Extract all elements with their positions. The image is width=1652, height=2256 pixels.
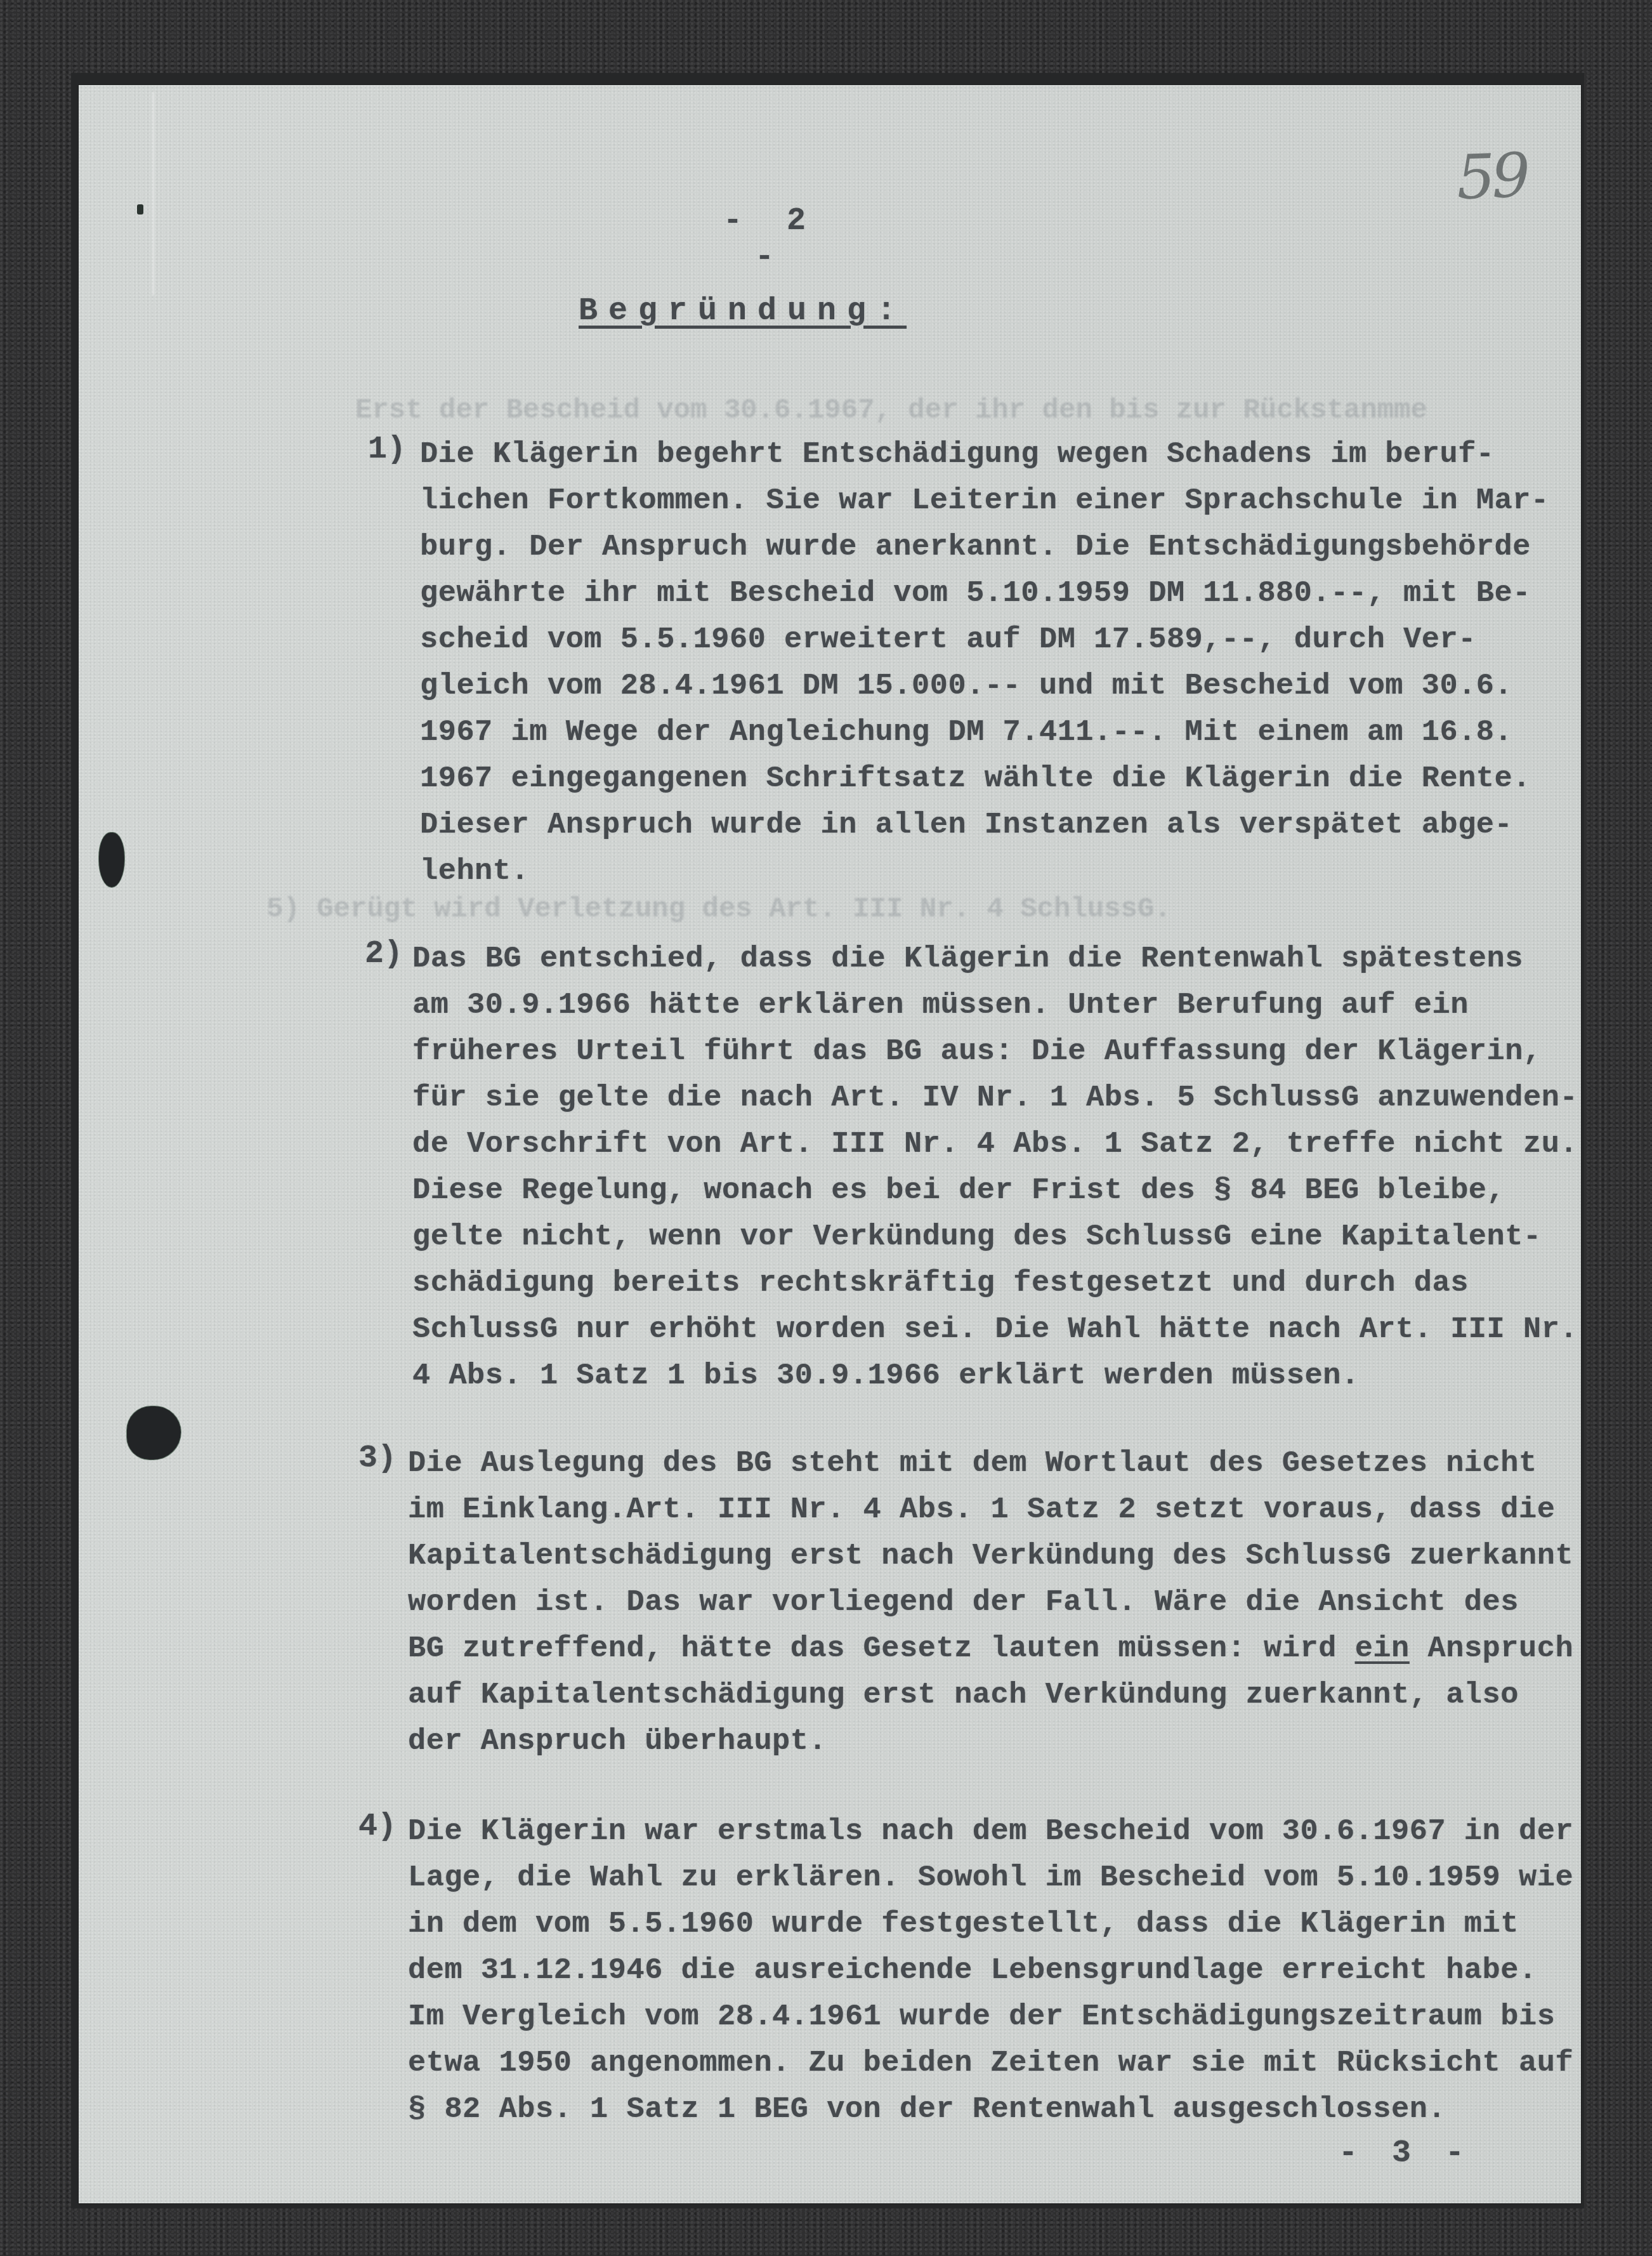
text-line: gewährte ihr mit Bescheid vom 5.10.1959 … xyxy=(420,571,1549,617)
text-line: scheid vom 5.5.1960 erweitert auf DM 17.… xyxy=(420,617,1549,663)
text-line: lehnt. xyxy=(420,848,1549,895)
text-segment: BG zutreffend, hätte das Gesetz lauten m… xyxy=(408,1632,1355,1666)
text-line: lichen Fortkommen. Sie war Leiterin eine… xyxy=(420,478,1549,524)
text-line: etwa 1950 angenommen. Zu beiden Zeiten w… xyxy=(408,2040,1573,2087)
text-line: SchlussG nur erhöht worden sei. Die Wahl… xyxy=(412,1307,1578,1353)
emphasized-word: ein xyxy=(1355,1632,1410,1666)
text-line: Lage, die Wahl zu erklären. Sowohl im Be… xyxy=(408,1855,1573,1901)
paragraph-text: Die Klägerin war erstmals nach dem Besch… xyxy=(408,1809,1573,2133)
text-line: der Anspruch überhaupt. xyxy=(408,1718,1573,1765)
text-line: auf Kapitalentschädigung erst nach Verkü… xyxy=(408,1672,1573,1718)
text-line: Die Klägerin begehrt Entschädigung wegen… xyxy=(420,432,1549,478)
text-line: Dieser Anspruch wurde in allen Instanzen… xyxy=(420,802,1549,848)
text-line: Die Klägerin war erstmals nach dem Besch… xyxy=(408,1809,1573,1855)
text-line: § 82 Abs. 1 Satz 1 BEG von der Rentenwah… xyxy=(408,2087,1573,2133)
bleed-through-line: Erst der Bescheid vom 30.6.1967, der ihr… xyxy=(355,395,1427,426)
paragraph-text: Die Auslegung des BG steht mit dem Wortl… xyxy=(408,1441,1573,1765)
paragraph-text: Das BG entschied, dass die Klägerin die … xyxy=(412,936,1578,1399)
paper-crease xyxy=(152,92,154,295)
text-line: für sie gelte die nach Art. IV Nr. 1 Abs… xyxy=(412,1075,1578,1121)
paragraph-number: 3) xyxy=(358,1441,397,1477)
paragraph-number: 2) xyxy=(365,936,403,972)
text-line: früheres Urteil führt das BG aus: Die Au… xyxy=(412,1029,1578,1075)
section-title: Begründung: xyxy=(579,293,907,329)
page-footer: - 3 - xyxy=(1339,2135,1472,2172)
text-line: worden ist. Das war vorliegend der Fall.… xyxy=(408,1580,1573,1626)
text-line: BG zutreffend, hätte das Gesetz lauten m… xyxy=(408,1626,1573,1672)
folio-number: 59 xyxy=(1455,140,1528,213)
text-line: Das BG entschied, dass die Klägerin die … xyxy=(412,936,1578,982)
text-line: 1967 eingegangenen Schriftsatz wählte di… xyxy=(420,756,1549,802)
page-header: - 2 - xyxy=(698,203,844,275)
paragraph-number: 1) xyxy=(368,432,406,468)
text-line: burg. Der Anspruch wurde anerkannt. Die … xyxy=(420,524,1549,571)
text-line: im Einklang.Art. III Nr. 4 Abs. 1 Satz 2… xyxy=(408,1487,1573,1533)
text-line: Die Auslegung des BG steht mit dem Wortl… xyxy=(408,1441,1573,1487)
text-line: schädigung bereits rechtskräftig festges… xyxy=(412,1260,1578,1307)
punch-hole-top xyxy=(99,833,124,887)
text-line: 4 Abs. 1 Satz 1 bis 30.9.1966 erklärt we… xyxy=(412,1353,1578,1399)
text-line: dem 31.12.1946 die ausreichende Lebensgr… xyxy=(408,1948,1573,1994)
text-line: am 30.9.1966 hätte erklären müssen. Unte… xyxy=(412,982,1578,1029)
text-line: Kapitalentschädigung erst nach Verkündun… xyxy=(408,1533,1573,1580)
text-line: gleich vom 28.4.1961 DM 15.000.-- und mi… xyxy=(420,663,1549,709)
bleed-through-line: 5) Gerügt wird Verletzung des Art. III N… xyxy=(266,894,1171,925)
text-line: 1967 im Wege der Angleichung DM 7.411.--… xyxy=(420,709,1549,756)
text-line: in dem vom 5.5.1960 wurde festgestellt, … xyxy=(408,1901,1573,1948)
text-line: de Vorschrift von Art. III Nr. 4 Abs. 1 … xyxy=(412,1121,1578,1168)
margin-mark xyxy=(137,204,143,214)
paragraph-number: 4) xyxy=(358,1809,397,1845)
text-segment: Anspruch xyxy=(1410,1632,1573,1666)
paragraph-text: Die Klägerin begehrt Entschädigung wegen… xyxy=(420,432,1549,895)
text-line: Im Vergleich vom 28.4.1961 wurde der Ent… xyxy=(408,1994,1573,2040)
text-line: gelte nicht, wenn vor Verkündung des Sch… xyxy=(412,1214,1578,1260)
text-line: Diese Regelung, wonach es bei der Frist … xyxy=(412,1168,1578,1214)
